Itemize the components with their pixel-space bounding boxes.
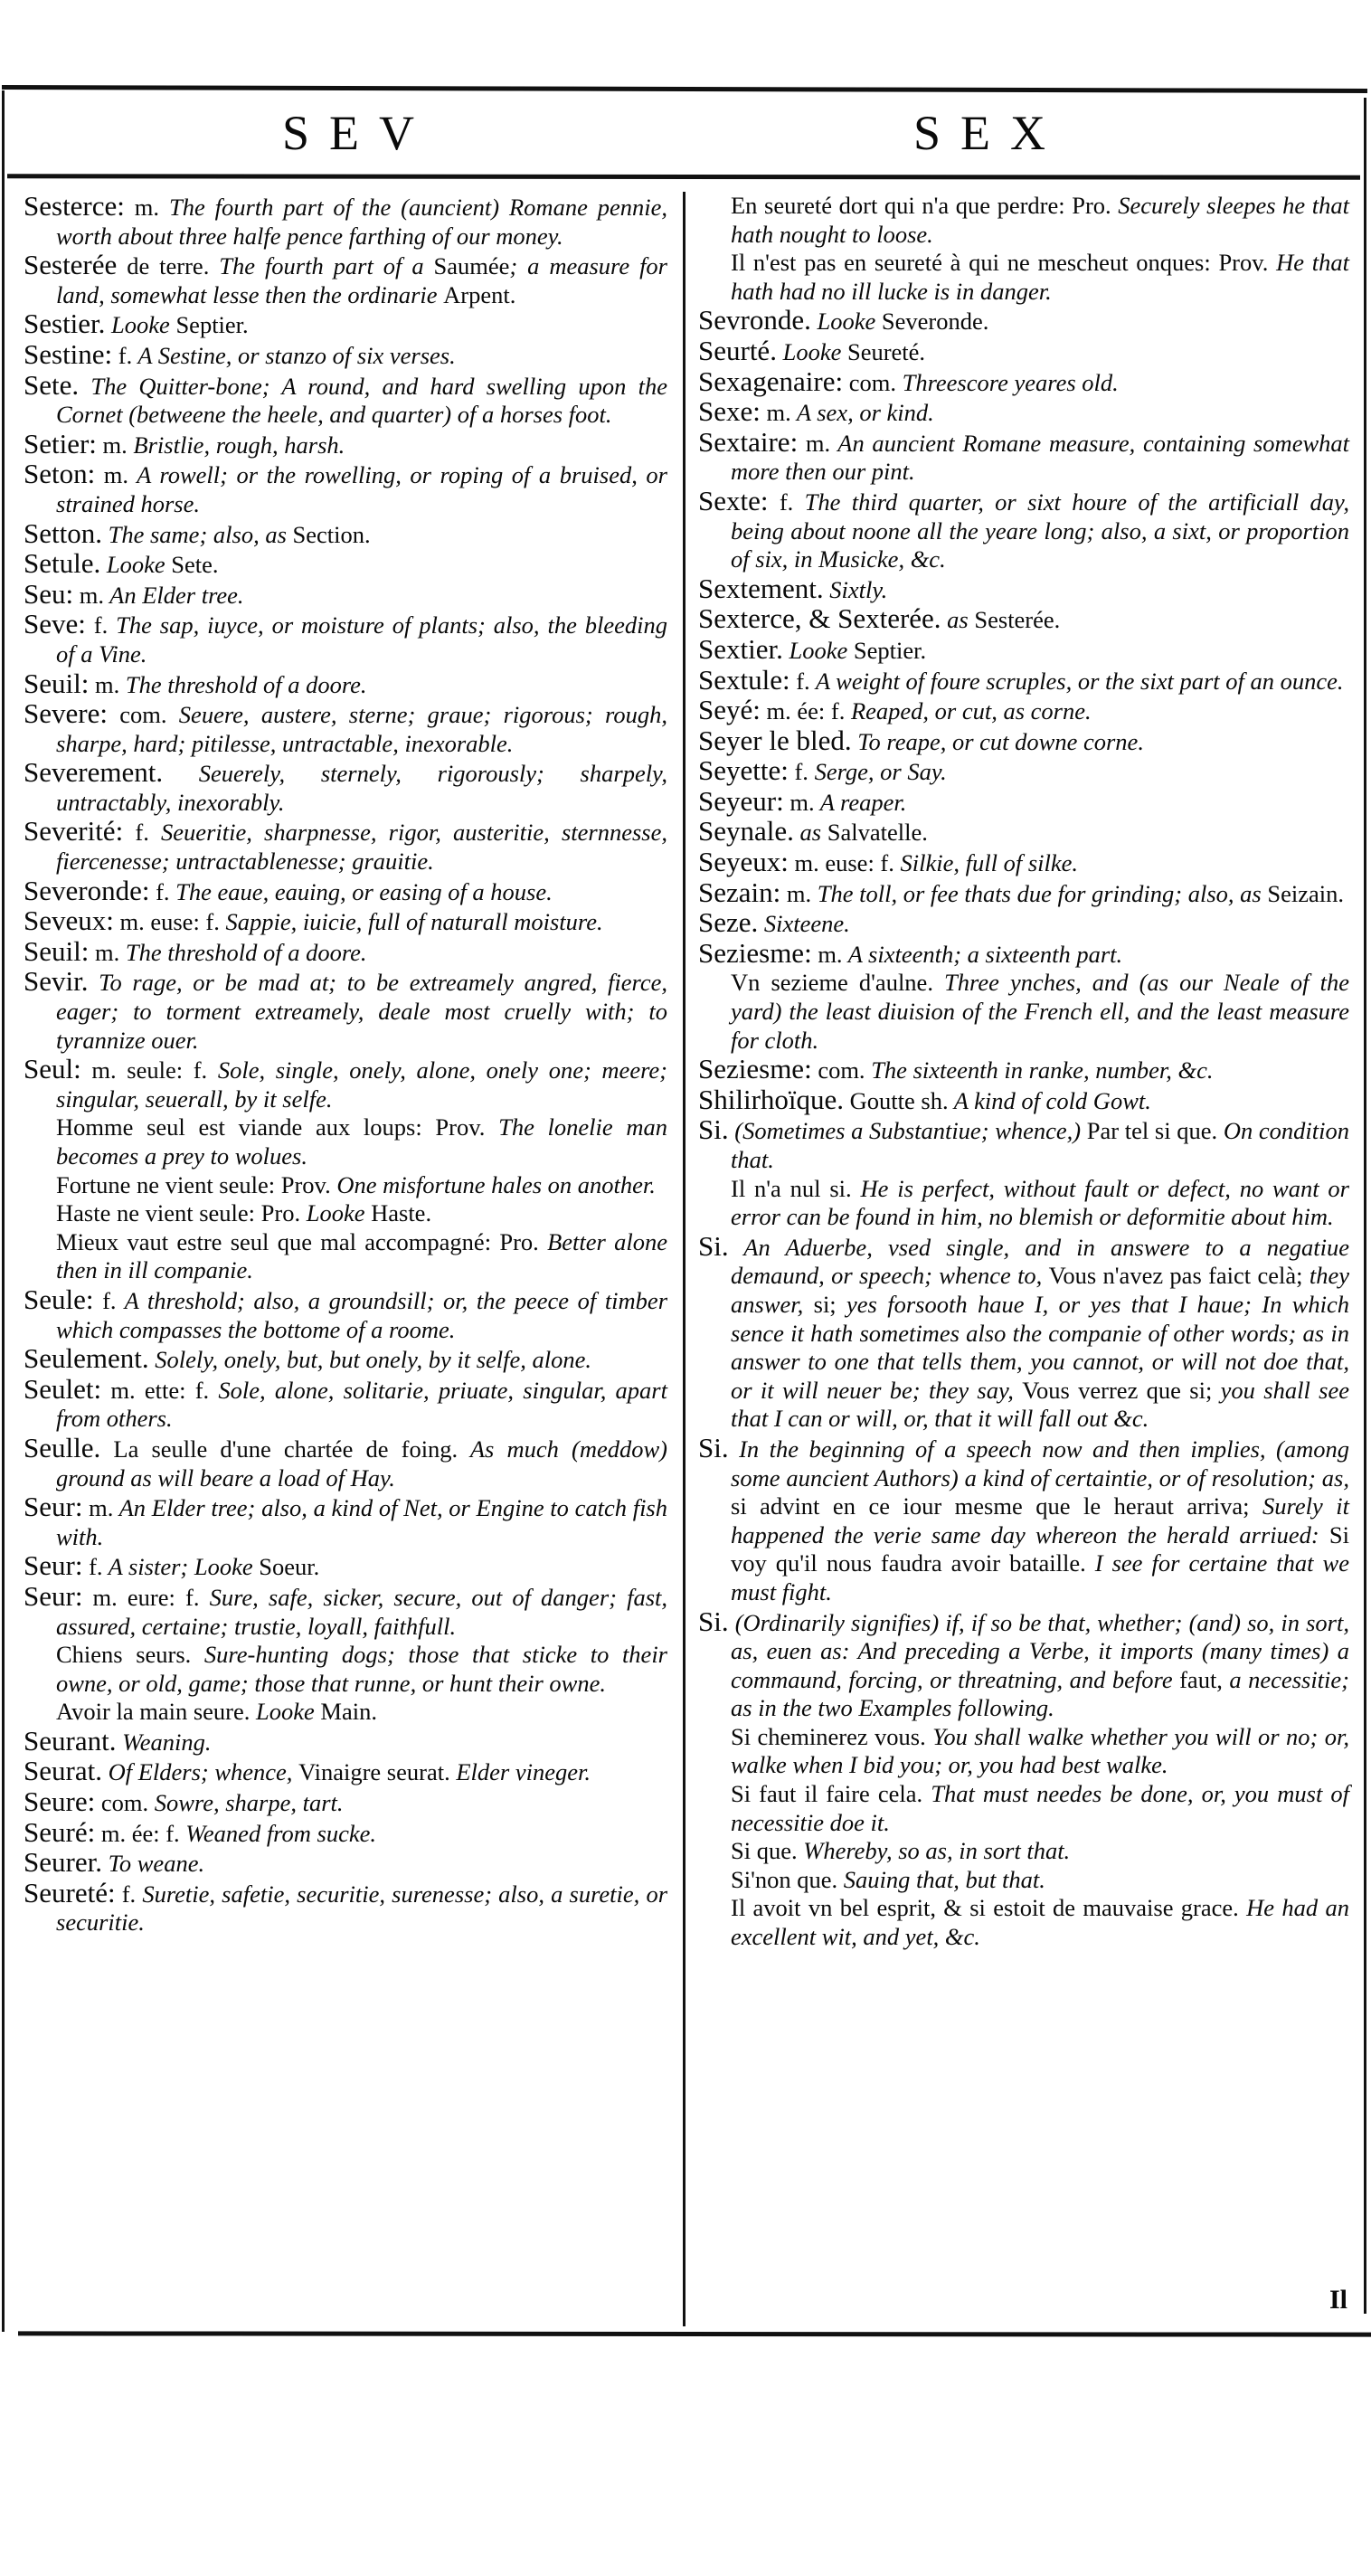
cross-reference: faut, (1179, 1666, 1223, 1693)
headword: Seyé: (698, 694, 761, 725)
definition: Looke (777, 338, 847, 365)
headword: Severement. (24, 756, 163, 788)
headword: Seyer le bled. (698, 724, 852, 756)
definition: The eaue, eauing, or easing of a house. (170, 878, 553, 905)
grammar-label: f. (116, 1880, 137, 1908)
dictionary-entry: Seurat. Of Elders; whence, Vinaigre seur… (24, 1757, 667, 1787)
header-left-guideword: SEV (282, 105, 434, 161)
grammar-label: m. seule: f. (81, 1056, 207, 1084)
dictionary-entry: Seuil: m. The threshold of a doore. (24, 937, 667, 968)
grammar-label: m. eure: f. (82, 1584, 199, 1611)
french-phrase: Il avoit vn bel esprit, & si estoit de m… (731, 1894, 1239, 1921)
cross-reference: Seizain. (1267, 880, 1344, 907)
dictionary-entry: Sextement. Sixtly. (698, 574, 1349, 605)
grammar-label: m. (125, 194, 159, 221)
definition: Weaned from sucke. (180, 1820, 376, 1847)
grammar-label: m. (798, 430, 830, 457)
headword: Seule: (24, 1283, 94, 1315)
dictionary-entry: Seurté. Looke Seureté. (698, 336, 1349, 367)
cross-reference: Arpent. (443, 281, 515, 308)
definition: Suretie, safetie, securitie, surenesse; … (56, 1880, 667, 1937)
dictionary-sub-entry: Il n'est pas en seureté à qui ne mescheu… (698, 249, 1349, 306)
grammar-label: m. euse: f. (789, 849, 894, 876)
grammar-label: f. (123, 819, 149, 846)
dictionary-entry: Si. An Aduerbe, vsed single, and in answ… (698, 1232, 1349, 1434)
headword: Si. (698, 1605, 729, 1637)
grammar-label: m. (97, 431, 128, 459)
dictionary-entry: Setier: m. Bristlie, rough, harsh. (24, 430, 667, 460)
dictionary-entry: Sestine: f. A Sestine, or stanzo of six … (24, 340, 667, 371)
headword: Seze. (698, 906, 758, 938)
definition: Weaning. (116, 1728, 211, 1756)
dictionary-entry: Severité: f. Seueritie, sharpnesse, rigo… (24, 817, 667, 876)
cross-reference: Septier. (854, 637, 926, 664)
dictionary-sub-entry: Haste ne vient seule: Pro. Looke Haste. (24, 1199, 667, 1228)
headword: Seziesme: (698, 937, 812, 969)
cross-reference: si; (814, 1291, 837, 1318)
french-phrase: Haste ne vient seule: Pro. (56, 1199, 300, 1226)
headword: Seziesme: (698, 1053, 812, 1084)
dictionary-entry: Setule. Looke Sete. (24, 549, 667, 580)
dictionary-entry: Seur: f. A sister; Looke Soeur. (24, 1551, 667, 1582)
definition: as (941, 606, 975, 633)
grammar-label: f. (82, 1553, 102, 1580)
headword: Seureté: (24, 1877, 116, 1908)
dictionary-entry: Shilirhoïque. Goutte sh. A kind of cold … (698, 1085, 1349, 1116)
cross-reference: Severonde. (882, 308, 988, 335)
right-column: En seureté dort qui n'a que perdre: Pro.… (698, 192, 1349, 1952)
definition: Looke (811, 308, 882, 335)
definition: Serge, or Say. (808, 758, 947, 785)
dictionary-entry: Seulement. Solely, onely, but, but onely… (24, 1344, 667, 1375)
headword: Sexagenaire: (698, 365, 843, 397)
definition: The fourth part of a (209, 252, 433, 279)
dictionary-entry: Seuil: m. The threshold of a doore. (24, 669, 667, 700)
definition: The same; also, as (102, 521, 293, 548)
dictionary-entry: Sextule: f. A weight of foure scruples, … (698, 666, 1349, 696)
french-phrase: Si que. (731, 1837, 798, 1864)
dictionary-entry: Sezain: m. The toll, or fee thats due fo… (698, 878, 1349, 909)
catchword: Il (1329, 2285, 1347, 2316)
grammar-label: m. ée: f. (95, 1820, 179, 1847)
french-phrase: Si'non que. (731, 1866, 837, 1893)
header-rule (7, 174, 1360, 180)
headword: Sestine: (24, 338, 112, 370)
dictionary-entry: Si. (Ordinarily signifies) if, if so be … (698, 1607, 1349, 1723)
headword: Seurat. (24, 1755, 102, 1786)
dictionary-entry: Sesterée de terre. The fourth part of a … (24, 251, 667, 309)
column-divider (683, 192, 685, 2326)
headword: Sexe: (698, 395, 761, 427)
definition: One misfortune hales on another. (331, 1171, 656, 1198)
definition: A threshold; also, a groundsill; or, the… (56, 1287, 667, 1343)
grammar-label: f. (112, 342, 132, 369)
french-phrase: Fortune ne vient seule: Prov. (56, 1171, 331, 1198)
headword: Seu: (24, 578, 73, 610)
headword: Seur: (24, 1491, 82, 1522)
definition: An Elder tree; also, a kind of Net, or E… (56, 1494, 667, 1550)
dictionary-entry: Seulet: m. ette: f. Sole, alone, solitar… (24, 1375, 667, 1434)
grammar-label: com. (843, 369, 896, 396)
definition: Looke (300, 1199, 371, 1226)
definition: Of Elders; whence, (102, 1758, 298, 1785)
definition: Sixteene. (758, 910, 850, 937)
dictionary-entry: Sexterce, & Sexterée. as Sesterée. (698, 604, 1349, 635)
definition: Solely, onely, but, but onely, by it sel… (149, 1346, 591, 1373)
definition: The sixteenth in ranke, number, &c. (865, 1056, 1214, 1084)
headword: Sexterce, & Sexterée. (698, 602, 941, 634)
dictionary-entry: Si. (Sometimes a Substantiue; whence,) P… (698, 1115, 1349, 1174)
dictionary-entry: Si. In the beginning of a speech now and… (698, 1434, 1349, 1607)
dictionary-sub-entry: Vn sezieme d'aulne. Three ynches, and (a… (698, 969, 1349, 1055)
definition: The sap, iuyce, or moisture of plants; a… (56, 611, 667, 668)
french-phrase: Vn sezieme d'aulne. (731, 969, 933, 996)
headword: Sextule: (698, 664, 790, 696)
dictionary-entry: Severement. Seuerely, sternely, rigorous… (24, 758, 667, 817)
headword: Si. (698, 1230, 729, 1262)
definition: A rowell; or the rowelling, or roping of… (56, 461, 667, 517)
definition: Bristlie, rough, harsh. (128, 431, 345, 459)
dictionary-entry: Seulle. La seulle d'une chartée de foing… (24, 1434, 667, 1492)
definition: Silkie, full of silke. (894, 849, 1078, 876)
headword: Severonde: (24, 875, 149, 906)
dictionary-entry: Seur: m. An Elder tree; also, a kind of … (24, 1492, 667, 1551)
headword: Seuil: (24, 668, 89, 699)
definition: A Sestine, or stanzo of six verses. (132, 342, 456, 369)
dictionary-sub-entry: Si cheminerez vous. You shall walke whet… (698, 1723, 1349, 1780)
grammar-label: La seulle d'une chartée de foing. (100, 1435, 458, 1463)
definition: The threshold of a doore. (119, 671, 366, 698)
headword: Seur: (24, 1549, 82, 1581)
grammar-label: Goutte sh. (844, 1087, 949, 1114)
dictionary-sub-entry: Si'non que. Sauing that, but that. (698, 1866, 1349, 1895)
dictionary-entry: Seton: m. A rowell; or the rowelling, or… (24, 459, 667, 518)
grammar-label: m. (761, 399, 791, 426)
definition: A sex, or kind. (791, 399, 934, 426)
dictionary-entry: Seynale. as Salvatelle. (698, 817, 1349, 848)
cross-reference: si advint en ce iour mesme que le heraut… (731, 1492, 1250, 1520)
headword: Sexte: (698, 485, 769, 516)
cross-reference: Haste. (371, 1199, 431, 1226)
definition: Whereby, so as, in sort that. (798, 1837, 1071, 1864)
definition: Sauing that, but that. (837, 1866, 1045, 1893)
dictionary-sub-entry: Fortune ne vient seule: Prov. One misfor… (24, 1171, 667, 1200)
definition: Sixtly. (824, 576, 888, 603)
headword: Seuil: (24, 935, 89, 967)
dictionary-entry: Seuré: m. ée: f. Weaned from sucke. (24, 1818, 667, 1849)
headword: Sestier. (24, 308, 105, 339)
headword: Sevronde. (698, 304, 811, 336)
cross-reference: Vinaigre seurat. (298, 1758, 450, 1785)
dictionary-sub-entry: Si que. Whereby, so as, in sort that. (698, 1837, 1349, 1866)
grammar-label: m. (89, 671, 119, 698)
dictionary-entry: Seule: f. A threshold; also, a groundsil… (24, 1285, 667, 1344)
dictionary-sub-entry: Il avoit vn bel esprit, & si estoit de m… (698, 1894, 1349, 1951)
headword: Setton. (24, 517, 102, 549)
dictionary-entry: Seziesme: com. The sixteenth in ranke, n… (698, 1055, 1349, 1085)
dictionary-sub-entry: Avoir la main seure. Looke Main. (24, 1698, 667, 1727)
cross-reference: Vous verrez que si; (1022, 1377, 1212, 1404)
dictionary-sub-entry: En seureté dort qui n'a que perdre: Pro.… (698, 192, 1349, 249)
headword: Sextement. (698, 573, 824, 604)
cross-reference: Sesterée. (974, 606, 1060, 633)
dictionary-entry: Sestier. Looke Septier. (24, 309, 667, 340)
dictionary-entry: Seu: m. An Elder tree. (24, 580, 667, 611)
dictionary-entry: Seurer. To weane. (24, 1848, 667, 1879)
french-phrase: Il n'est pas en seureté à qui ne mescheu… (731, 249, 1268, 276)
dictionary-entry: Sesterce: m. The fourth part of the (aun… (24, 192, 667, 251)
grammar-label: m. (89, 939, 119, 966)
dictionary-sub-entry: Si faut il faire cela. That must needes … (698, 1780, 1349, 1837)
right-frame-line (1364, 98, 1366, 2314)
definition: The threshold of a doore. (119, 939, 366, 966)
dictionary-entry: Sexte: f. The third quarter, or sixt hou… (698, 487, 1349, 574)
grammar-label: m. ée: f. (761, 697, 845, 724)
dictionary-entry: Sexe: m. A sex, or kind. (698, 397, 1349, 428)
dictionary-entry: Seure: com. Sowre, sharpe, tart. (24, 1787, 667, 1818)
definition: A reaper. (815, 789, 907, 816)
french-phrase: Il n'a nul si. (731, 1175, 852, 1202)
cross-reference: Vous n'avez pas faict celà; (1049, 1262, 1303, 1289)
dictionary-entry: Seurant. Weaning. (24, 1727, 667, 1757)
running-header: SEV SEX (0, 98, 1371, 170)
grammar-label: m. (780, 880, 811, 907)
grammar-label: m. (73, 582, 104, 609)
headword: Sevir. (24, 965, 88, 997)
headword: Seyeur: (698, 785, 784, 817)
definition: To weane. (102, 1850, 204, 1877)
dictionary-entry: Sextier. Looke Septier. (698, 635, 1349, 666)
definition: A weight of foure scruples, or the sixt … (810, 668, 1344, 695)
grammar-label: f. (86, 611, 108, 639)
headword: Seurant. (24, 1725, 116, 1757)
definition: To reape, or cut downe corne. (852, 728, 1144, 755)
headword: Sesterce: (24, 190, 125, 222)
definition: A sister; Looke (103, 1553, 260, 1580)
grammar-label: com. (108, 701, 167, 728)
dictionary-entry: Seyé: m. ée: f. Reaped, or cut, as corne… (698, 696, 1349, 726)
left-frame-line (2, 90, 5, 2332)
headword: Seure: (24, 1785, 95, 1817)
dictionary-entry: Seziesme: m. A sixteenth; a sixteenth pa… (698, 939, 1349, 970)
definition: The toll, or fee thats due for grinding;… (811, 880, 1267, 907)
definition: (Sometimes a Substantiue; whence,) (729, 1117, 1087, 1144)
headword: Sextaire: (698, 426, 798, 458)
headword: Seulle. (24, 1432, 100, 1463)
definition: Looke (783, 637, 854, 664)
headword: Severité: (24, 815, 123, 847)
headword: Sesterée (24, 249, 117, 280)
dictionary-entry: Seureté: f. Suretie, safetie, securitie,… (24, 1879, 667, 1937)
french-phrase: Chiens seurs. (56, 1641, 191, 1668)
headword: Seyette: (698, 754, 789, 786)
headword: Seveux: (24, 904, 114, 936)
dictionary-entry: Seze. Sixteene. (698, 908, 1349, 939)
bottom-border-rule (18, 2331, 1371, 2336)
grammar-label: de terre. (117, 252, 209, 279)
grammar-label: m. ette: f. (101, 1377, 209, 1404)
dictionary-entry: Sextaire: m. An auncient Romane measure,… (698, 428, 1349, 487)
definition: Sappie, iuicie, full of naturall moistur… (220, 908, 603, 935)
definition: Elder vineger. (450, 1758, 591, 1785)
headword: Si. (698, 1113, 729, 1145)
definition: An Elder tree. (104, 582, 244, 609)
headword: Seve: (24, 608, 86, 639)
cross-reference: Saumée (434, 252, 510, 279)
headword: Seur: (24, 1580, 82, 1612)
definition: In the beginning of a speech now and the… (729, 1435, 1349, 1492)
grammar-label: f. (789, 758, 808, 785)
dictionary-entry: Sevronde. Looke Severonde. (698, 306, 1349, 336)
dictionary-sub-entry: Chiens seurs. Sure-hunting dogs; those t… (24, 1641, 667, 1698)
headword: Setule. (24, 547, 100, 579)
dictionary-entry: Seyette: f. Serge, or Say. (698, 756, 1349, 787)
grammar-label: com. (812, 1056, 865, 1084)
headword: Seulet: (24, 1373, 101, 1405)
cross-reference: Section. (293, 521, 371, 548)
headword: Seulement. (24, 1342, 149, 1374)
headword: Seynale. (698, 815, 794, 847)
cross-reference: Salvatelle. (827, 819, 928, 846)
definition: Threescore yeares old. (896, 369, 1119, 396)
dictionary-entry: Seve: f. The sap, iuyce, or moisture of … (24, 610, 667, 668)
definition: A kind of cold Gowt. (949, 1087, 1151, 1114)
dictionary-sub-entry: Mieux vaut estre seul que mal accompagné… (24, 1228, 667, 1285)
headword: Seurer. (24, 1846, 102, 1878)
definition: A sixteenth; a sixteenth part. (843, 941, 1123, 968)
definition: Sowre, sharpe, tart. (148, 1789, 343, 1816)
headword: Seton: (24, 458, 95, 489)
dictionary-entry: Sete. The Quitter-bone; A round, and har… (24, 371, 667, 430)
dictionary-entry: Setton. The same; also, as Section. (24, 519, 667, 550)
definition: To rage, or be mad at; to be extreamely … (56, 969, 667, 1053)
definition: as (794, 819, 827, 846)
definition: Reaped, or cut, as corne. (845, 697, 1091, 724)
french-phrase: Avoir la main seure. (56, 1698, 250, 1725)
grammar-label: m. (82, 1494, 113, 1521)
dictionary-sub-entry: Homme seul est viande aux loups: Prov. T… (24, 1113, 667, 1170)
cross-reference: Seureté. (847, 338, 925, 365)
french-phrase: Si cheminerez vous. (731, 1723, 926, 1750)
cross-reference: Main. (320, 1698, 377, 1725)
dictionary-entry: Seyeur: m. A reaper. (698, 787, 1349, 818)
definition: The Quitter-bone; A round, and hard swel… (56, 373, 667, 429)
grammar-label: m. euse: f. (114, 908, 220, 935)
cross-reference: Soeur. (259, 1553, 319, 1580)
headword: Seyeux: (698, 846, 789, 877)
definition: Looke (105, 311, 175, 338)
dictionary-entry: Seyer le bled. To reape, or cut downe co… (698, 726, 1349, 757)
grammar-label: f. (790, 668, 810, 695)
headword: Severe: (24, 697, 108, 729)
headword: Sezain: (698, 876, 780, 908)
dictionary-entry: Severonde: f. The eaue, eauing, or easin… (24, 876, 667, 907)
grammar-label: m. (812, 941, 843, 968)
grammar-label: f. (769, 488, 794, 516)
left-column: Sesterce: m. The fourth part of the (aun… (24, 192, 667, 1937)
header-right-guideword: SEX (913, 105, 1065, 161)
headword: Setier: (24, 428, 97, 459)
headword: Seurté. (698, 335, 777, 366)
cross-reference: Septier. (175, 311, 248, 338)
dictionary-entry: Severe: com. Seuere, austere, sterne; gr… (24, 699, 667, 758)
headword: Si. (698, 1432, 729, 1463)
headword: Seul: (24, 1053, 81, 1084)
french-phrase: Si faut il faire cela. (731, 1780, 922, 1807)
french-phrase: En seureté dort qui n'a que perdre: Pro. (731, 192, 1111, 219)
grammar-label: m. (784, 789, 815, 816)
definition: Looke (100, 551, 171, 578)
dictionary-entry: Seveux: m. euse: f. Sappie, iuicie, full… (24, 906, 667, 937)
definition: Looke (250, 1698, 320, 1725)
grammar-label: f. (149, 878, 169, 905)
dictionary-entry: Sevir. To rage, or be mad at; to be extr… (24, 967, 667, 1055)
headword: Sextier. (698, 633, 783, 665)
grammar-label: m. (95, 461, 128, 488)
dictionary-entry: Seyeux: m. euse: f. Silkie, full of silk… (698, 848, 1349, 878)
headword: Seuré: (24, 1816, 95, 1848)
french-phrase: Homme seul est viande aux loups: Prov. (56, 1113, 485, 1141)
headword: Shilirhoïque. (698, 1084, 844, 1115)
dictionary-entry: Sexagenaire: com. Threescore yeares old. (698, 367, 1349, 398)
top-border-rule (2, 85, 1367, 93)
french-phrase: Mieux vaut estre seul que mal accompagné… (56, 1228, 539, 1255)
dictionary-entry: Seur: m. eure: f. Sure, safe, sicker, se… (24, 1582, 667, 1641)
cross-reference: Sete. (171, 551, 218, 578)
cross-reference: Par tel si que. (1087, 1117, 1217, 1144)
definition: The third quarter, or sixt houre of the … (731, 488, 1349, 573)
headword: Sete. (24, 369, 79, 401)
grammar-label: com. (95, 1789, 148, 1816)
grammar-label: f. (94, 1287, 117, 1314)
dictionary-sub-entry: Il n'a nul si. He is perfect, without fa… (698, 1175, 1349, 1232)
dictionary-entry: Seul: m. seule: f. Sole, single, onely, … (24, 1055, 667, 1113)
